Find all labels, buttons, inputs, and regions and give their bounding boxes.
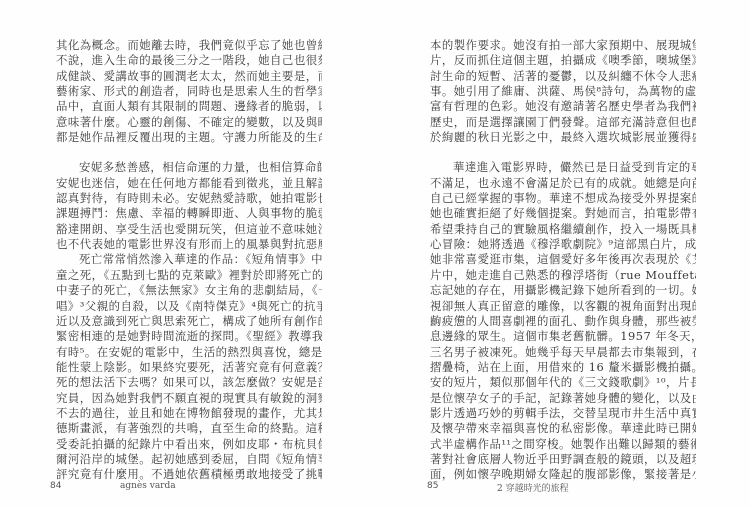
left-page-body: 其化為概念。而她離去時，我們竟似乎忘了她也曾經……年輕。不得不說，進入生命的最後…: [56, 38, 322, 483]
text-line: 她也確實拒絕了好幾個提案。對她而言，拍電影帶有冒險的性質。她: [430, 206, 696, 221]
left-page: 其化為概念。而她離去時，我們竟似乎忘了她也曾經……年輕。不得不說，進入生命的最後…: [0, 0, 375, 507]
text-line: 齣疲憊的人間喜劇裡的面孔、動作與身體，那些被勞苦壓榨、瀕臨窒: [430, 314, 696, 329]
text-line: 品中，直面人類有其限制的問題、邊緣者的脆弱，以及「活著」究竟: [56, 99, 322, 114]
text-line: 評究竟有什麼用。不過她依舊積極勇敢地接受了挑戰，並決定更改原: [56, 467, 322, 482]
text-line: 華達進入電影界時，儼然已是日益受到肯定的專業人士，但她並: [430, 160, 696, 175]
text-line: 爾河沿岸的城堡。起初她感到委屈，自問《短角情事》獲得的各方好: [56, 452, 322, 467]
text-line: 著對社會底層人物近乎田野調查般的鏡頭，以及超現實主義風格的畫: [430, 452, 696, 467]
text-line: 意味著什麼。心靈的創傷、不確定的變數，以及與時間抗衡的難度，: [56, 115, 322, 130]
text-line: 有時⁵。在安妮的電影中，生活的熱烈與喜悅，總是不斷被死亡的可: [56, 345, 322, 360]
text-line: 其化為概念。而她離去時，我們竟似乎忘了她也曾經……年輕。不得: [56, 38, 322, 53]
text-line: 富有哲理的色彩。她沒有邀請著名歷史學者為我們複述國王與王后的: [430, 99, 696, 114]
running-title: 2 穿越時光的旅程: [497, 481, 569, 494]
text-line: 認真對待，有時則未必。安妮熱愛詩歌，她拍電影也是為了與人生的: [56, 191, 322, 206]
text-line: 安的短片，類似那個年代的《三文錢歌劇》¹⁰，片長 17 分鐘，同時也: [430, 375, 696, 390]
text-line: 忘記她的存在，用攝影機記錄下她所看到的一切。她就像人人都會注: [430, 283, 696, 298]
text-line: 事。她引用了維庸、洪薩、馬侯⁸詩句，為萬物的虛無增添了抒情且: [430, 84, 696, 99]
paragraph-gap: [56, 145, 322, 160]
text-line: 片，反而抓住這個主題，拍攝成《噢季節，噢城堡》⁷這部作品，探: [430, 53, 696, 68]
text-line: 三名男子被凍死。她幾乎每天早晨都去市集報到，在街道的高處擺上: [430, 345, 696, 360]
text-line: 於絢麗的秋日光影之中，最終入選坎城影展並獲得盛讚。: [430, 130, 696, 145]
text-line: 緊密相連的是她對時間流逝的探問。《聖經》教導我們：生有時，死: [56, 329, 322, 344]
text-line: 摺疊椅，站在上面，用借來的 16 釐米攝影機拍攝。這部奇特又令人不: [430, 360, 696, 375]
text-line: 安妮多愁善感，相信命運的力量，也相信算命師與塔羅牌占卜。: [56, 160, 322, 175]
text-line: 究員，因為她對我們不願直視的現實具有敏銳的洞察力。她也有揮之: [56, 391, 322, 406]
text-line: 影片透過巧妙的剪輯手法，交替呈現市井生活中真實的絕望景象，以: [430, 406, 696, 421]
text-line: 息邊緣的眾生。這個市集老舊骯髒。1957 年冬天，拍攝的那一年，有: [430, 329, 696, 344]
text-line: 片中，她走進自己熟悉的穆浮塔街（rue Mouffetard）市集，努力讓人: [430, 268, 696, 283]
text-line: 近以及意識到死亡與思索死亡，構成了她所有創作的敘事脈絡，與其: [56, 314, 322, 329]
page-number: 84: [50, 481, 61, 491]
text-line: 課題搏鬥：焦慮、幸福的轉瞬即逝、人與事物的脆弱。她很風趣幽默、: [56, 206, 322, 221]
text-line: 自己已經掌握的事物。華達不想成為接受外界提案的「職業」導演。: [430, 191, 696, 206]
text-line: 視卻無人真正留意的雕像，以客觀的視角面對出現的事物，以捕捉這: [430, 299, 696, 314]
text-line: 都是她作品裡反覆出現的主題。守護力所能及的生命²，同樣也是她。: [56, 130, 322, 145]
text-line: 不滿足，也永遠不會滿足於已有的成就。她總是向前看，不喜歡重複: [430, 176, 696, 191]
right-page-body: 本的製作要求。她沒有拍一部大家預期中、展現城堡之美的觀光旅遊片，反而抓住這個主題…: [430, 38, 696, 483]
text-line: 心冒險：她將透過《穆浮歌劇院》⁹這部黑白片，成為真正的女攝影師。: [430, 237, 696, 252]
text-line: 不說，進入生命的最後三分之一階段，她自己也很刻意，把自己表現: [56, 53, 322, 68]
text-line: 中妻子的死亡，《無法無家》女主角的悲劇結局，《一個唱，一個不: [56, 283, 322, 298]
text-line: 是位懷孕女子的手記，記錄著她身體的變化，以及由此引發的思考。: [430, 391, 696, 406]
text-line: 死的想法活下去嗎？如果可以，該怎麼做？安妮是剖析絕望的臨床研: [56, 375, 322, 390]
running-title: agnès varda: [120, 481, 176, 491]
text-line: 能性蒙上陰影。如果終究要死，活著究竟有何意義？可以帶著終將一: [56, 360, 322, 375]
paragraph-gap: [430, 145, 696, 160]
text-line: 歷史，而是選擇讓園丁們發聲。這部充滿詩意但也酸澀的影片，完成: [430, 115, 696, 130]
text-line: 本的製作要求。她沒有拍一部大家預期中、展現城堡之美的觀光旅遊: [430, 38, 696, 53]
text-line: 討生命的短暫、活著的憂鬱，以及糾纏不休令人悲痛又毒害人心的往: [430, 69, 696, 84]
text-line: 安妮也迷信，她在任何地方都能看到徵兆，並且解讀各種符號，有時: [56, 176, 322, 191]
text-line: 也不代表她的電影世界沒有形而上的風暴與對抗惡魔的爭鬥。: [56, 237, 322, 252]
text-line: 她非常喜愛逛市集，這個愛好多年後再次表現於《艾格妮撿風景》一: [430, 252, 696, 267]
text-line: 成健談、愛講故事的圓潤老太太，然而她主要是，而且一直都是前衛: [56, 69, 322, 84]
text-line: 死亡常常悄然滲入華達的作品：《短角情事》中，我們提過的幼: [56, 252, 322, 267]
right-page: 本的製作要求。她沒有拍一部大家預期中、展現城堡之美的觀光旅遊片，反而抓住這個主題…: [375, 0, 750, 507]
text-line: 豁達開朗、享受生活也愛開玩笑，但這並不意味她沒有陰暗的一面，: [56, 222, 322, 237]
page-number: 85: [427, 481, 438, 491]
text-line: 藝術家、形式的創造者，同時也是思索人生的哲學家，她在所有的作: [56, 84, 322, 99]
book-spread: 其化為概念。而她離去時，我們竟似乎忘了她也曾經……年輕。不得不說，進入生命的最後…: [0, 0, 750, 507]
text-line: 式半虛構作品¹¹之間穿梭。她製作出難以歸類的藝術作品，其中交織: [430, 437, 696, 452]
text-line: 及懷孕帶來幸福與喜悅的私密影像。華達此時已開始在紀錄片與自傳: [430, 421, 696, 436]
text-line: 不去的過往，並且和她在博物館發現的畫作，尤其是描繪死亡的法蘭: [56, 406, 322, 421]
text-line: 唱》³父親的自殺，以及《南特傑克》⁴與死亡的抗爭……死亡的臨: [56, 299, 322, 314]
text-line: 童之死，《五點到七點的克萊歐》裡對於即將死亡的執念，《幸福》: [56, 268, 322, 283]
text-line: 受委託拍攝的紀錄片中看出來，例如皮耶・布杭貝傑⁶請她拍攝羅亞: [56, 437, 322, 452]
text-line: 德斯畫派，有著強烈的共鳴，直至生命的終點。這種特質也能在她接: [56, 421, 322, 436]
text-line: 希望秉持自己的實驗風格繼續創作，投入一場既具概念又很物質的雄: [430, 222, 696, 237]
